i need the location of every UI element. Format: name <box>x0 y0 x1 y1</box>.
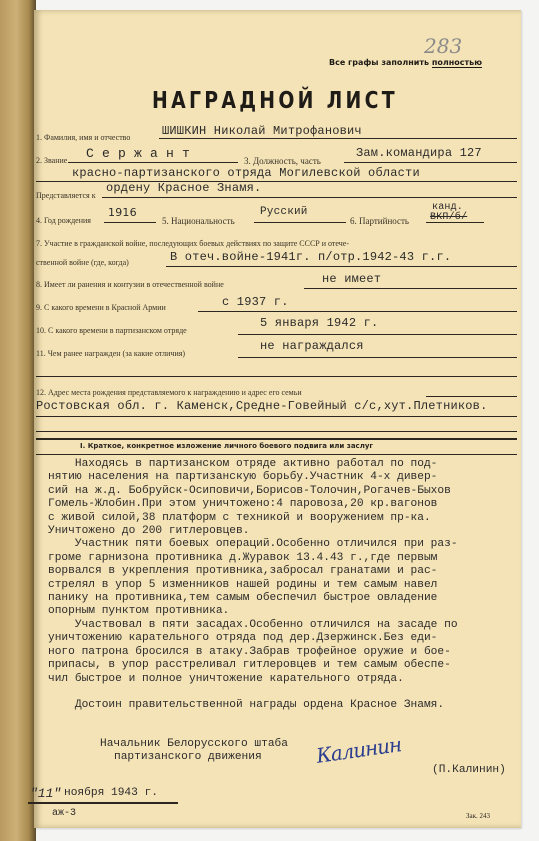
narrative-line: припасы, в упор расстреливал гитлеровцев… <box>48 659 518 672</box>
section-title: I. Краткое, конкретное изложение личного… <box>80 442 373 450</box>
narrative-line: Участник пяти боевых операций.Особенно о… <box>48 538 518 551</box>
date-month-year: ноября 1943 г. <box>64 787 158 799</box>
narrative-line: опорным пунктом противника. <box>48 605 518 618</box>
f6-label: 6. Партийность <box>350 216 409 226</box>
narrative-line <box>48 686 518 699</box>
signatory-name: (П.Калинин) <box>432 764 506 776</box>
f4-value: 1916 <box>108 206 137 219</box>
date-day: "11" <box>30 786 61 801</box>
narrative-line: нятию населения на партизанскую борьбу.У… <box>48 471 518 484</box>
f12-label: 12. Адрес места рождения представляемого… <box>36 388 302 397</box>
f3-label: 3. Должность, часть <box>244 156 321 166</box>
document-title: НАГРАДНОЙ ЛИСТ <box>152 88 398 114</box>
narrative-text: Находясь в партизанском отряде активно р… <box>48 458 518 713</box>
narrative-line: громе гарнизона противника д.Журавок 13.… <box>48 552 518 565</box>
narrative-line: стрелял в упор 5 изменников нашей родины… <box>48 579 518 592</box>
f1-value: ШИШКИН Николай Митрофанович <box>162 124 362 138</box>
binder-edge <box>0 0 36 841</box>
form-code: аж-3 <box>52 808 76 819</box>
f9-value: с 1937 г. <box>222 295 289 309</box>
award-sheet: 283 Все графы заполнить полностью НАГРАД… <box>34 10 521 828</box>
f7-value: В отеч.войне-1941г. п/отр.1942-43 г.г. <box>170 250 451 264</box>
archive-page-number: 283 <box>424 34 462 58</box>
f9-label: 9. С какого времени в Красной Армии <box>36 303 166 312</box>
f3-value: Зам.командира 127 <box>356 146 482 160</box>
f10-value: 5 января 1942 г. <box>260 316 378 330</box>
fill-instruction-emphasis: полностью <box>432 58 482 68</box>
f2-label: 2. Звание <box>36 156 67 165</box>
f8-value: не имеет <box>322 272 381 286</box>
signatory-position-line2: партизанского движения <box>114 751 262 763</box>
narrative-line: сий на ж.д. Бобруйск-Осиповичи,Борисов-Т… <box>48 485 518 498</box>
f1-label: 1. Фамилия, имя и отчество <box>36 133 130 142</box>
f8-label: 8. Имеет ли ранения и контузии в отечест… <box>36 280 224 289</box>
f11-value: не награждался <box>260 339 364 353</box>
f4-label: 4. Год рождения <box>36 216 91 225</box>
narrative-line: Гомель-Жлобин.При этом уничтожено:4 паро… <box>48 498 518 511</box>
narrative-line: с живой силой,38 платформ с техникой и в… <box>48 512 518 525</box>
narrative-line: чил быстрое и полное уничтожение карател… <box>48 673 518 686</box>
f3-value-cont: красно-партизанского отряда Могилевской … <box>72 166 420 180</box>
narrative-line: ного патрона бросился в атаку.Забрав тро… <box>48 646 518 659</box>
narrative-line: панику на противника,тем самым обеспечил… <box>48 592 518 605</box>
narrative-line: Находясь в партизанском отряде активно р… <box>48 458 518 471</box>
f11-label: 11. Чем ранее награжден (за какие отличи… <box>36 349 185 358</box>
f5-value: Русский <box>260 206 308 218</box>
signatory-position-line1: Начальник Белорусского штаба <box>100 738 288 750</box>
fill-instruction: Все графы заполнить полностью <box>329 58 482 67</box>
present-label: Представляется к <box>36 191 96 200</box>
f7-label-line2: ственной войне (где, когда) <box>36 258 129 267</box>
narrative-line: Достоин правительственной награды ордена… <box>48 699 518 712</box>
f2-value: С е р ж а н т <box>86 146 190 161</box>
narrative-line: Участвовал в пяти засадах.Особенно отлич… <box>48 619 518 632</box>
f12-value: Ростовская обл. г. Каменск,Средне-Говейн… <box>36 399 487 413</box>
present-value: ордену Красное Знамя. <box>106 181 261 195</box>
handwritten-signature: Калинин <box>315 732 403 768</box>
f5-label: 5. Национальность <box>162 216 235 226</box>
f7-label-line1: 7. Участие в гражданской войне, последую… <box>36 239 349 248</box>
narrative-line: уничтожению карательного отряда под дер.… <box>48 632 518 645</box>
narrative-line: Уничтожено до 200 гитлеровцев. <box>48 525 518 538</box>
order-number: Зак. 243 <box>466 812 490 820</box>
f10-label: 10. С какого времени в партизанском отря… <box>36 326 187 335</box>
narrative-line: ворвался в укрепления противника,заброса… <box>48 565 518 578</box>
